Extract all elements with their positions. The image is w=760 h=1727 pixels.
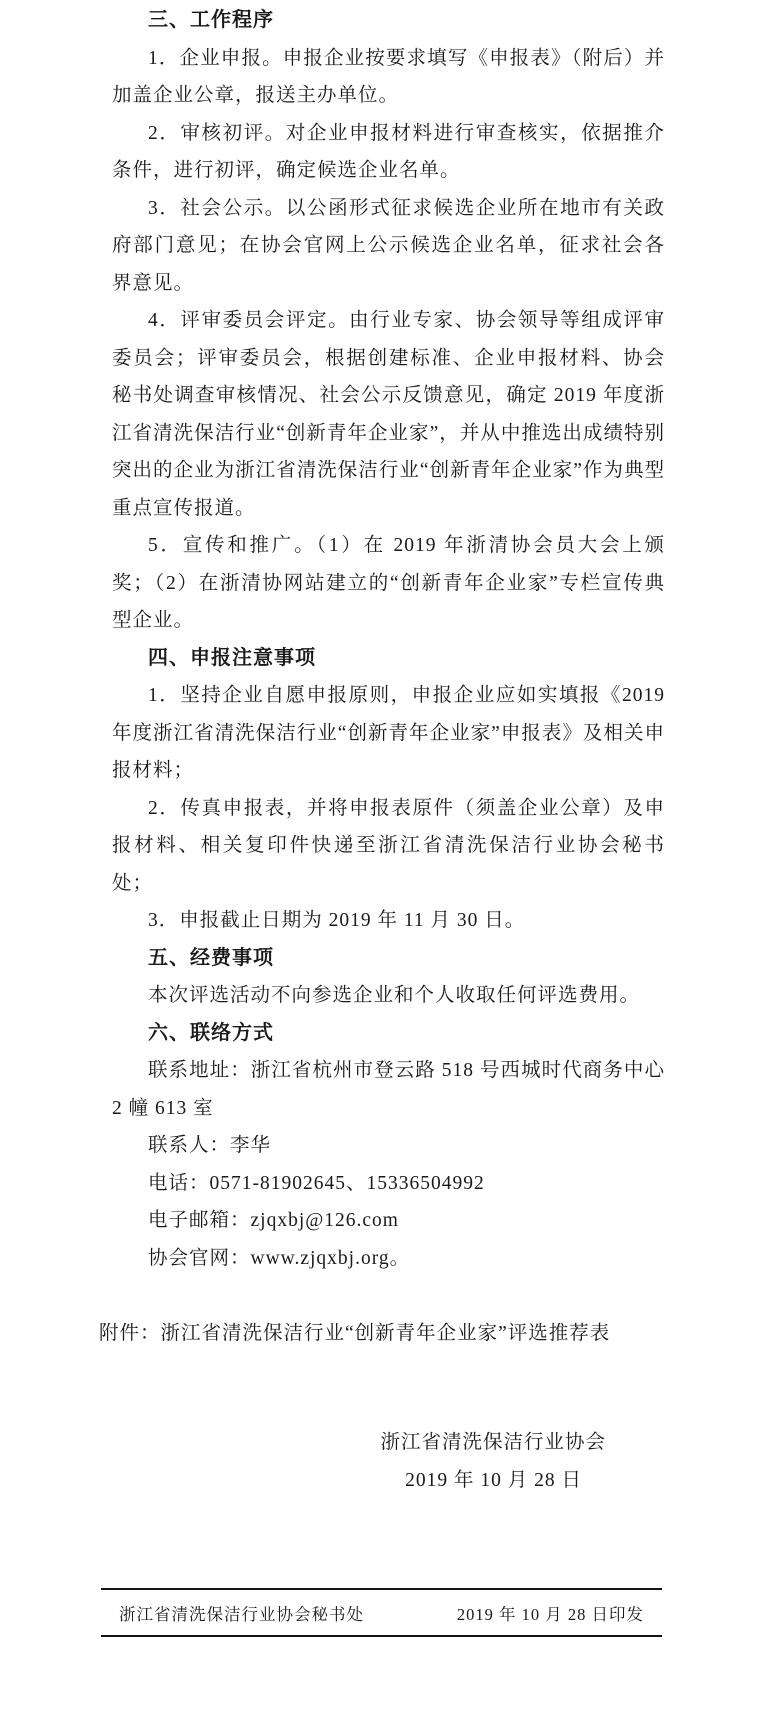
signature-org: 浙江省清洗保洁行业协会	[112, 1424, 665, 1462]
paragraph: 本次评选活动不向参选企业和个人收取任何评选费用。	[112, 977, 665, 1015]
contact-website: 协会官网：www.zjqxbj.org。	[112, 1240, 665, 1278]
paragraph: 3．申报截止日期为 2019 年 11 月 30 日。	[112, 902, 665, 940]
paragraph: 4．评审委员会评定。由行业专家、协会领导等组成评审委员会；评审委员会，根据创建标…	[112, 302, 665, 527]
document-body: 三、工作程序 1．企业申报。申报企业按要求填写《申报表》（附后）并加盖企业公章，…	[112, 2, 665, 1499]
heading-application-notes: 四、申报注意事项	[112, 640, 665, 678]
footer-print-date: 2019 年 10 月 28 日印发	[457, 1601, 644, 1625]
contact-email: 电子邮箱：zjqxbj@126.com	[112, 1202, 665, 1240]
heading-contact: 六、联络方式	[112, 1015, 665, 1053]
paragraph: 1．坚持企业自愿申报原则，申报企业应如实填报《2019 年度浙江省清洗保洁行业“…	[112, 677, 665, 790]
contact-phone: 电话：0571-81902645、15336504992	[112, 1165, 665, 1203]
document-page: 三、工作程序 1．企业申报。申报企业按要求填写《申报表》（附后）并加盖企业公章，…	[0, 0, 760, 1727]
paragraph: 5．宣传和推广。（1）在 2019 年浙清协会员大会上颁奖；（2）在浙清协网站建…	[112, 527, 665, 640]
attachment-line: 附件：浙江省清洗保洁行业“创新青年企业家”评选推荐表	[99, 1315, 665, 1353]
paragraph: 2．传真申报表，并将申报表原件（须盖企业公章）及申报材料、相关复印件快递至浙江省…	[112, 790, 665, 903]
signature-date: 2019 年 10 月 28 日	[112, 1462, 665, 1500]
contact-person: 联系人：李华	[112, 1127, 665, 1165]
document-footer: 浙江省清洗保洁行业协会秘书处 2019 年 10 月 28 日印发	[101, 1588, 662, 1637]
contact-address: 联系地址：浙江省杭州市登云路 518 号西城时代商务中心 2 幢 613 室	[112, 1052, 665, 1127]
signature-block: 浙江省清洗保洁行业协会 2019 年 10 月 28 日	[112, 1424, 665, 1499]
heading-work-procedure: 三、工作程序	[112, 2, 665, 40]
heading-funding: 五、经费事项	[112, 940, 665, 978]
footer-issuer: 浙江省清洗保洁行业协会秘书处	[119, 1601, 364, 1625]
paragraph: 3．社会公示。以公函形式征求候选企业所在地市有关政府部门意见；在协会官网上公示候…	[112, 190, 665, 303]
paragraph: 2．审核初评。对企业申报材料进行审查核实，依据推介条件，进行初评，确定候选企业名…	[112, 115, 665, 190]
paragraph: 1．企业申报。申报企业按要求填写《申报表》（附后）并加盖企业公章，报送主办单位。	[112, 40, 665, 115]
